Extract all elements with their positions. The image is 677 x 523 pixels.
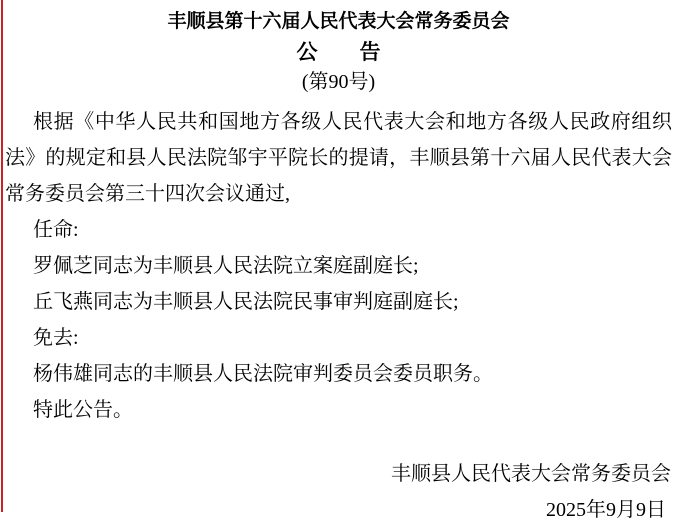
document-number: (第90号) (5, 68, 672, 96)
body-paragraph: 特此公告。 (5, 392, 672, 428)
signature-issuing-authority: 丰顺县人民代表大会常务委员会 (5, 456, 672, 492)
body-paragraph: 任命: (5, 212, 672, 248)
body-paragraph: 免去: (5, 320, 672, 356)
body-paragraph: 杨伟雄同志的丰顺县人民法院审判委员会委员职务。 (5, 356, 672, 392)
body-paragraph: 丘飞燕同志为丰顺县人民法院民事审判庭副庭长; (5, 284, 672, 320)
document-subtitle-gonggao: 公 告 (5, 38, 672, 68)
document-body: 根据《中华人民共和国地方各级人民代表大会和地方各级人民政府组织法》的规定和县人民… (5, 104, 672, 428)
announcement-document: 丰顺县第十六届人民代表大会常务委员会 公 告 (第90号) 根据《中华人民共和国… (0, 0, 677, 523)
document-title: 丰顺县第十六届人民代表大会常务委员会 (5, 8, 672, 36)
document-date: 2025年9月9日 (5, 492, 672, 523)
body-paragraph: 根据《中华人民共和国地方各级人民代表大会和地方各级人民政府组织法》的规定和县人民… (5, 104, 672, 212)
body-paragraph: 罗佩芝同志为丰顺县人民法院立案庭副庭长; (5, 248, 672, 284)
